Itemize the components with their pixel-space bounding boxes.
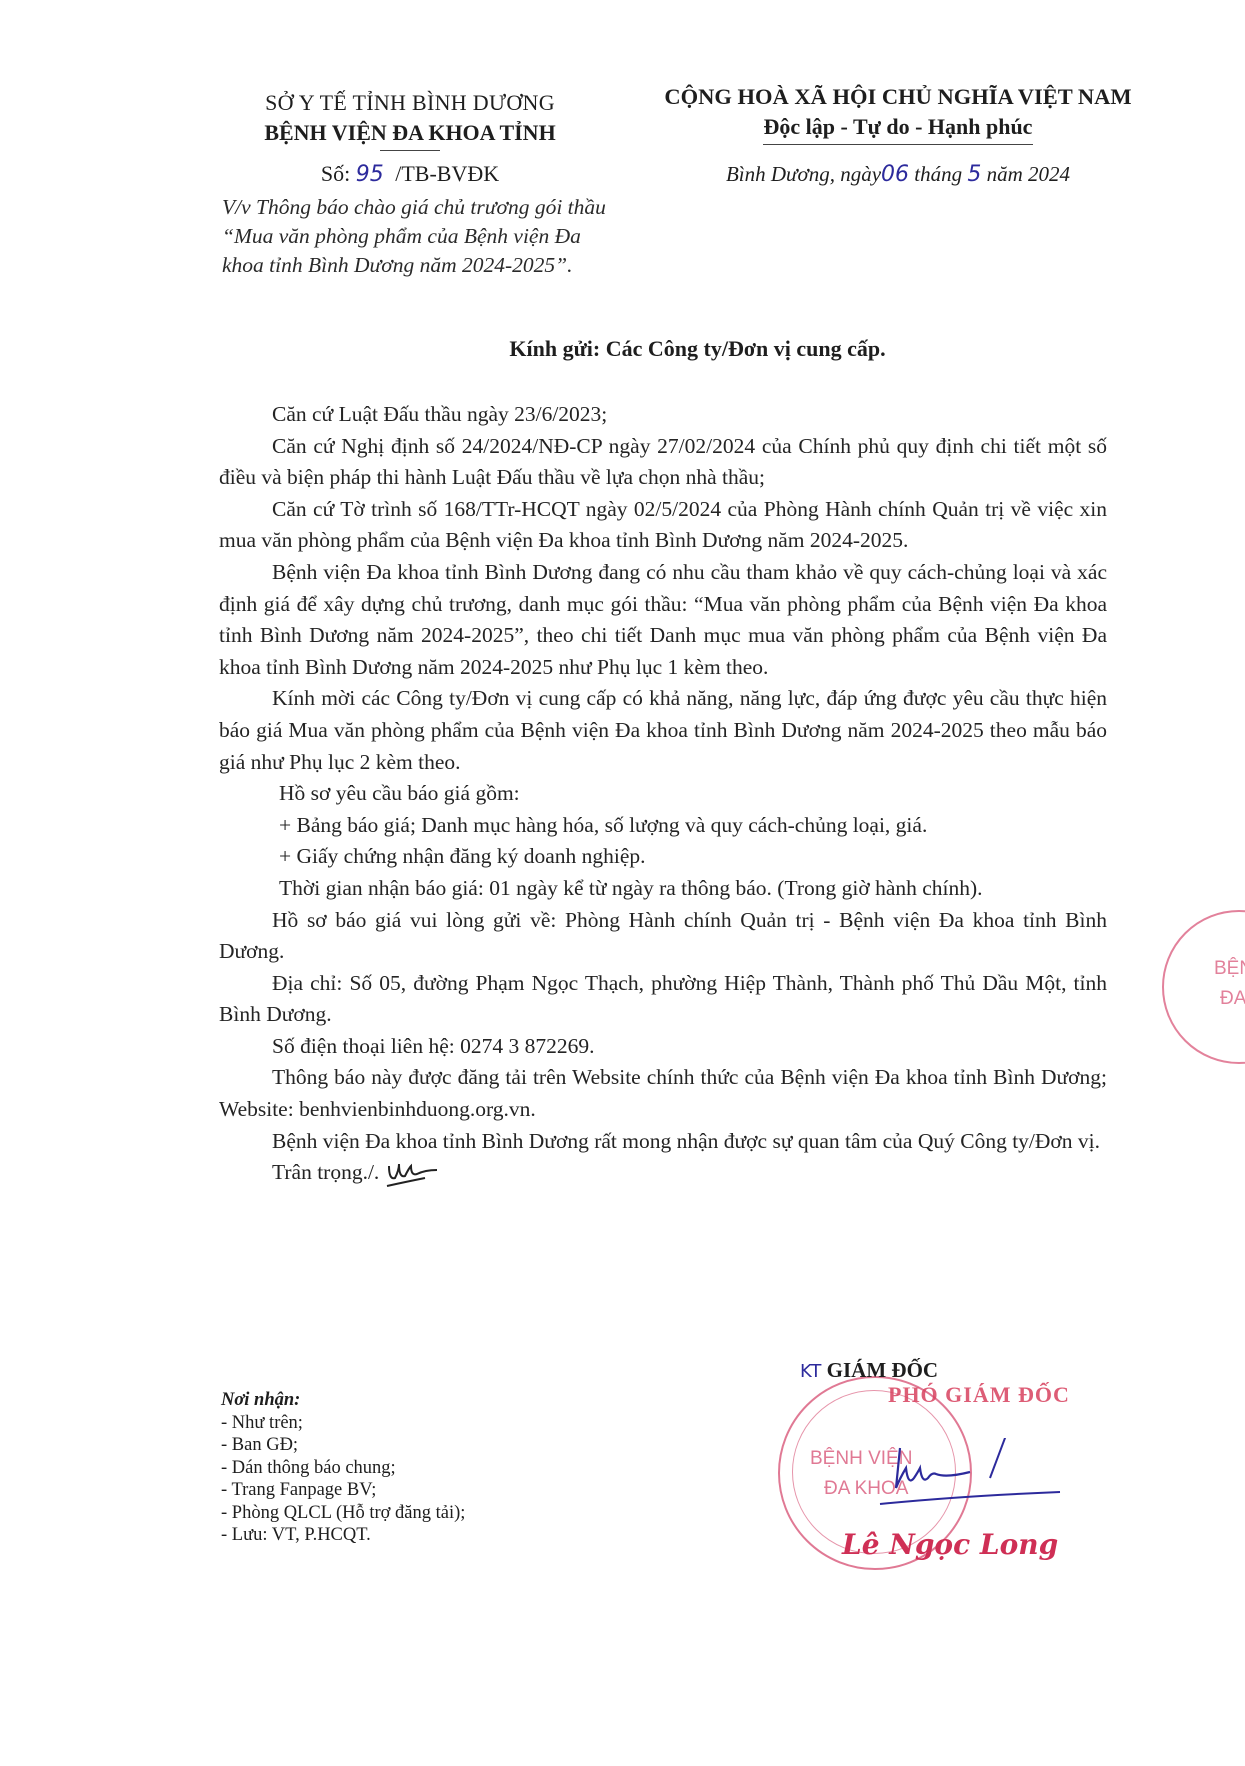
body-paragraph: Kính mời các Công ty/Đơn vị cung cấp có … <box>219 683 1107 778</box>
recipients-block: Nơi nhận: - Như trên; - Ban GĐ; - Dán th… <box>221 1389 621 1547</box>
divider <box>763 144 1033 145</box>
body-list-item: + Bảng báo giá; Danh mục hàng hóa, số lư… <box>219 810 1107 842</box>
salutation: Kính gửi: Các Công ty/Đơn vị cung cấp. <box>0 336 1245 362</box>
signer-name: Lê Ngọc Long <box>842 1528 1058 1561</box>
recipients-title: Nơi nhận: <box>221 1389 621 1412</box>
national-title: CỘNG HOÀ XÃ HỘI CHỦ NGHĨA VIỆT NAM <box>622 82 1174 112</box>
body-paragraph: Căn cứ Nghị định số 24/2024/NĐ-CP ngày 2… <box>219 431 1107 494</box>
closing-text: Trân trọng./. <box>272 1160 379 1184</box>
body-paragraph: Thời gian nhận báo giá: 01 ngày kể từ ng… <box>219 873 1107 905</box>
side-seal-text-line2: ĐA <box>1220 988 1245 1010</box>
body-paragraph: Bệnh viện Đa khoa tỉnh Bình Dương rất mo… <box>219 1126 1107 1158</box>
recipient-item: - Dán thông báo chung; <box>221 1457 621 1480</box>
position-title: GIÁM ĐỐC <box>827 1358 938 1382</box>
body-list-item: + Giấy chứng nhận đăng ký doanh nghiệp. <box>219 841 1107 873</box>
closing: Trân trọng./. <box>219 1157 1107 1189</box>
recipient-item: - Phòng QLCL (Hỗ trợ đăng tải); <box>221 1502 621 1525</box>
body-paragraph: Hồ sơ báo giá vui lòng gửi về: Phòng Hàn… <box>219 905 1107 968</box>
body-paragraph: Thông báo này được đăng tải trên Website… <box>219 1062 1107 1125</box>
national-motto: Độc lập - Tự do - Hạnh phúc <box>622 112 1174 142</box>
recipient-item: - Ban GĐ; <box>221 1434 621 1457</box>
recipient-item: - Trang Fanpage BV; <box>221 1479 621 1502</box>
body-paragraph: Số điện thoại liên hệ: 0274 3 872269. <box>219 1031 1107 1063</box>
deputy-title-stamp: PHÓ GIÁM ĐỐC <box>888 1382 1070 1408</box>
recipient-item: - Lưu: VT, P.HCQT. <box>221 1524 621 1547</box>
side-seal-text-line1: BỆN <box>1214 958 1245 980</box>
body-paragraph: Căn cứ Luật Đấu thầu ngày 23/6/2023; <box>219 399 1107 431</box>
date-prefix: Bình Dương, ngày <box>726 162 881 186</box>
issuer-block: SỞ Y TẾ TỈNH BÌNH DƯƠNG BỆNH VIỆN ĐA KHO… <box>205 88 615 190</box>
kt-handwritten: KT <box>800 1361 821 1382</box>
date-year: năm 2024 <box>987 162 1070 186</box>
body-paragraph: Hồ sơ yêu cầu báo giá gồm: <box>219 778 1107 810</box>
initials-signature-icon <box>385 1160 441 1188</box>
document-date: Bình Dương, ngày06 tháng 5 năm 2024 <box>622 159 1174 190</box>
side-seal: BỆN ĐA <box>1162 910 1245 1064</box>
body-paragraph: Bệnh viện Đa khoa tỉnh Bình Dương đang c… <box>219 557 1107 683</box>
body-paragraph: Căn cứ Tờ trình số 168/TTr-HCQT ngày 02/… <box>219 494 1107 557</box>
handwritten-signature-icon <box>870 1438 1070 1518</box>
body-paragraph: Địa chỉ: Số 05, đường Phạm Ngọc Thạch, p… <box>219 968 1107 1031</box>
document-body: Căn cứ Luật Đấu thầu ngày 23/6/2023; Căn… <box>219 399 1107 1189</box>
national-header: CỘNG HOÀ XÃ HỘI CHỦ NGHĨA VIỆT NAM Độc l… <box>622 82 1174 190</box>
doc-number-handwritten: 95 <box>356 162 384 187</box>
document-subject: V/v Thông báo chào giá chủ trương gói th… <box>222 193 622 280</box>
document-number: Số: 95 /TB-BVĐK <box>205 159 615 190</box>
divider <box>380 150 440 151</box>
signature-position: KT GIÁM ĐỐC <box>800 1358 938 1383</box>
date-day: 06 <box>881 162 909 187</box>
organization-name: BỆNH VIỆN ĐA KHOA TỈNH <box>205 118 615 148</box>
date-month: 5 <box>967 162 981 187</box>
date-month-label: tháng <box>914 162 962 186</box>
agency-name: SỞ Y TẾ TỈNH BÌNH DƯƠNG <box>205 88 615 118</box>
recipient-item: - Như trên; <box>221 1412 621 1435</box>
doc-number-suffix: /TB-BVĐK <box>395 161 499 186</box>
doc-number-prefix: Số: <box>321 161 350 186</box>
